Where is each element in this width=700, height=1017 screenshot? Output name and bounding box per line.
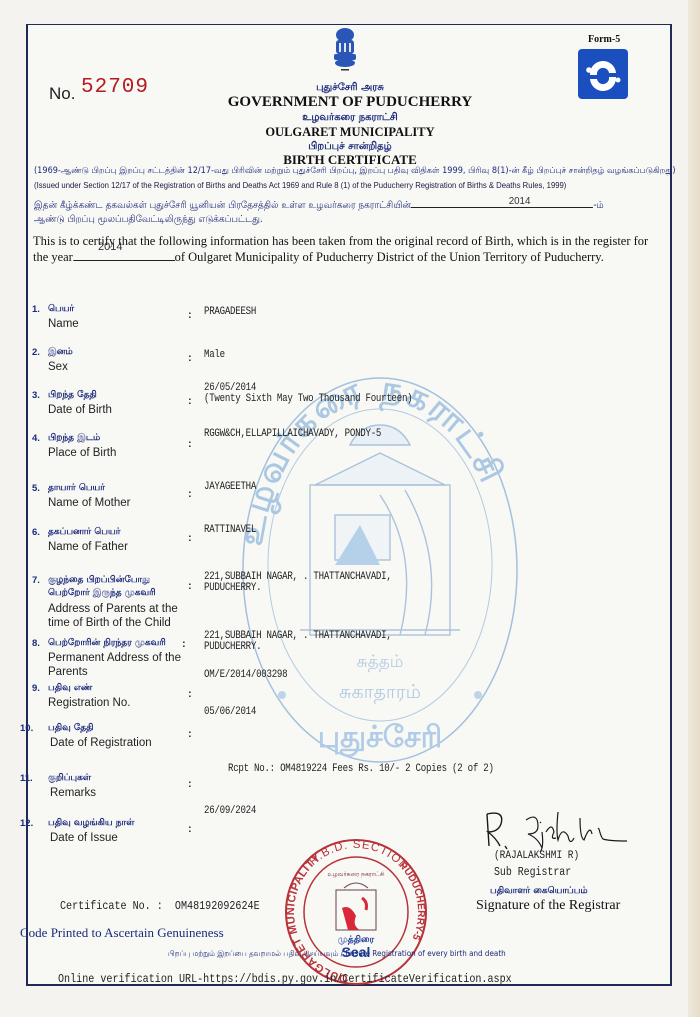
issued-under-english: (Issued under Section 12/17 of the Regis… <box>34 180 566 190</box>
registrar-designation: Sub Registrar <box>494 866 571 879</box>
seal-ring-right: PUDUCHERRY-5 <box>397 860 426 942</box>
year-blank-english <box>73 260 175 261</box>
field-number: 5. <box>32 483 40 494</box>
field-value: OM/E/2014/003298 <box>204 669 287 682</box>
field-colon: : <box>188 438 192 450</box>
field-number: 3. <box>32 390 40 401</box>
header-municipality-english: OULGARET MUNICIPALITY <box>0 125 700 140</box>
field-label-tamil: பெற்றோரின் நிரந்தர முகவரி <box>48 638 166 649</box>
field-label-english: Permanent Address of the <box>48 651 181 665</box>
field-value-2: PUDUCHERRY. <box>204 641 261 654</box>
form-number-label: Form-5 <box>588 34 620 45</box>
genuineness-note: Code Printed to Ascertain Genuineness <box>20 925 224 941</box>
field-label-english: Remarks <box>50 786 96 800</box>
field-label-tamil: தகப்பனார் பெயர் <box>48 527 120 538</box>
field-label-english: Name of Mother <box>48 496 130 510</box>
field-label-tamil: பதிவு தேதி <box>48 723 93 734</box>
field-colon: : <box>188 580 192 592</box>
field-number: 1. <box>32 304 40 315</box>
field-label-tamil: இனம் <box>48 347 73 358</box>
year-prefix-english: the year <box>33 249 73 264</box>
field-number: 11. <box>20 773 33 784</box>
field-number: 6. <box>32 527 40 538</box>
field-number: 8. <box>32 638 40 649</box>
ensure-registration-note: பிறப்பு மற்றும் இறப்பை தவறாமல் பதிவு செய… <box>168 949 506 959</box>
field-value: JAYAGEETHA <box>204 481 256 494</box>
field-label-english: Place of Birth <box>48 446 116 460</box>
year-suffix-tamil: -ம் <box>593 200 603 211</box>
certify-english-line1: This is to certify that the following in… <box>33 233 648 249</box>
field-label-tamil: பெயர் <box>48 304 74 315</box>
field-colon: : <box>188 778 192 790</box>
watermark-line1: சுத்தம் <box>357 652 404 672</box>
field-value: PRAGADEESH <box>204 306 256 319</box>
field-value: 26/09/2024 <box>204 805 256 818</box>
field-number: 9. <box>32 683 40 694</box>
field-number: 10. <box>20 723 33 734</box>
certificate-number: Certificate No. : OM48192092624E <box>60 899 260 913</box>
field-colon: : <box>188 488 192 500</box>
state-emblem-icon <box>330 26 360 72</box>
registrar-signature-label-english: Signature of the Registrar <box>476 898 620 914</box>
certify-tamil-text: இதன் கீழ்க்கண்ட தகவல்கள் புதுச்சேரி யூனி… <box>34 200 411 211</box>
field-label-english: Date of Issue <box>50 831 118 845</box>
registrar-signature <box>480 808 630 854</box>
field-label-tamil: பிறந்த இடம் <box>48 433 100 444</box>
field-label-english: Sex <box>48 360 68 374</box>
field-label-tamil: பதிவு வழங்கிய நாள் <box>48 818 134 829</box>
watermark-bottom-text: புதுச்சேரி <box>318 720 442 757</box>
field-label-english: Address of Parents at the <box>48 602 178 616</box>
year-english-value: 2014 <box>98 241 122 253</box>
field-value: 05/06/2014 <box>204 706 256 719</box>
field-colon: : <box>188 728 192 740</box>
field-number: 4. <box>32 433 40 444</box>
field-label-english: Name <box>48 317 79 331</box>
certify-tamil-line2: ஆண்டு பிறப்பு மூலப்பதிவேட்டிலிருந்து எடு… <box>34 214 263 226</box>
field-label-tamil: பிறந்த தேதி <box>48 390 97 401</box>
field-colon: : <box>188 823 192 835</box>
seal-inner-tamil: உழவர்கரை நகராட்சி <box>327 871 384 878</box>
certify-tamil-line1: இதன் கீழ்க்கண்ட தகவல்கள் புதுச்சேரி யூனி… <box>34 200 604 212</box>
watermark-line2: சுகாதாரம் <box>339 681 421 704</box>
year-blank-tamil: 2014 <box>411 207 593 208</box>
field-label-tamil: பதிவு எண் <box>48 683 92 694</box>
field-colon: : <box>182 638 186 650</box>
field-number: 7. <box>32 575 40 586</box>
field-colon: : <box>188 532 192 544</box>
birth-death-registration-logo-icon <box>578 49 628 99</box>
online-verification-url: Online verification URL-https://bdis.py.… <box>58 972 512 986</box>
svg-text:PUDUCHERRY-5: PUDUCHERRY-5 <box>397 860 426 942</box>
rbd-section-seal: OULGARET MUNICIPALITY R.B.D. SECTION PUD… <box>282 838 430 988</box>
certificate-number-label: Certificate No. : <box>60 899 163 913</box>
field-label-english-2: time of Birth of the Child <box>48 616 171 630</box>
field-colon: : <box>188 309 192 321</box>
certificate-number-value: OM48192092624E <box>175 899 260 913</box>
field-colon: : <box>188 395 192 407</box>
issued-under-tamil: (1969-ஆண்டு பிறப்பு இறப்பு சட்டத்தின் 12… <box>34 166 676 177</box>
svg-text:R.B.D. SECTION: R.B.D. SECTION <box>307 839 410 873</box>
year-tamil-value: 2014 <box>509 195 531 207</box>
field-label-english: Registration No. <box>48 696 130 710</box>
field-colon: : <box>188 688 192 700</box>
field-label-english-2: Parents <box>48 665 88 679</box>
field-label-tamil: தாயார் பெயர் <box>48 483 105 494</box>
field-number: 2. <box>32 347 40 358</box>
field-label-tamil: குறிப்புகள் <box>48 773 91 784</box>
field-label-english: Name of Father <box>48 540 128 554</box>
field-label-tamil-2: பெற்றோர் இருந்த முகவரி <box>48 588 156 599</box>
registrar-signature-label-tamil: பதிவாளர் கையொப்பம் <box>490 886 588 897</box>
registrar-name: (RAJALAKSHMI R) <box>494 850 579 862</box>
field-number: 12. <box>20 818 33 829</box>
field-value: Male <box>204 349 225 362</box>
field-value: RGGW&CH,ELLAPILLAICHAVADY, PONDY-5 <box>204 428 381 441</box>
field-label-tamil: குழந்தை பிறப்பின்போது <box>48 575 150 586</box>
field-colon: : <box>188 352 192 364</box>
field-value-2: (Twenty Sixth May Two Thousand Fourteen) <box>204 393 412 406</box>
field-label-english: Date of Registration <box>50 736 152 750</box>
year-suffix-english: of Oulgaret Municipality of Puducherry D… <box>175 249 604 264</box>
header-municipality-tamil: உழவர்கரை நகராட்சி <box>0 112 700 124</box>
receipt-line: Rcpt No.: OM4819224 Fees Rs. 10/- 2 Copi… <box>228 763 494 776</box>
field-value-2: PUDUCHERRY. <box>204 582 261 595</box>
field-label-english: Date of Birth <box>48 403 112 417</box>
seal-ring-top: R.B.D. SECTION <box>307 839 410 873</box>
field-value: RATTINAVEL <box>204 524 256 537</box>
